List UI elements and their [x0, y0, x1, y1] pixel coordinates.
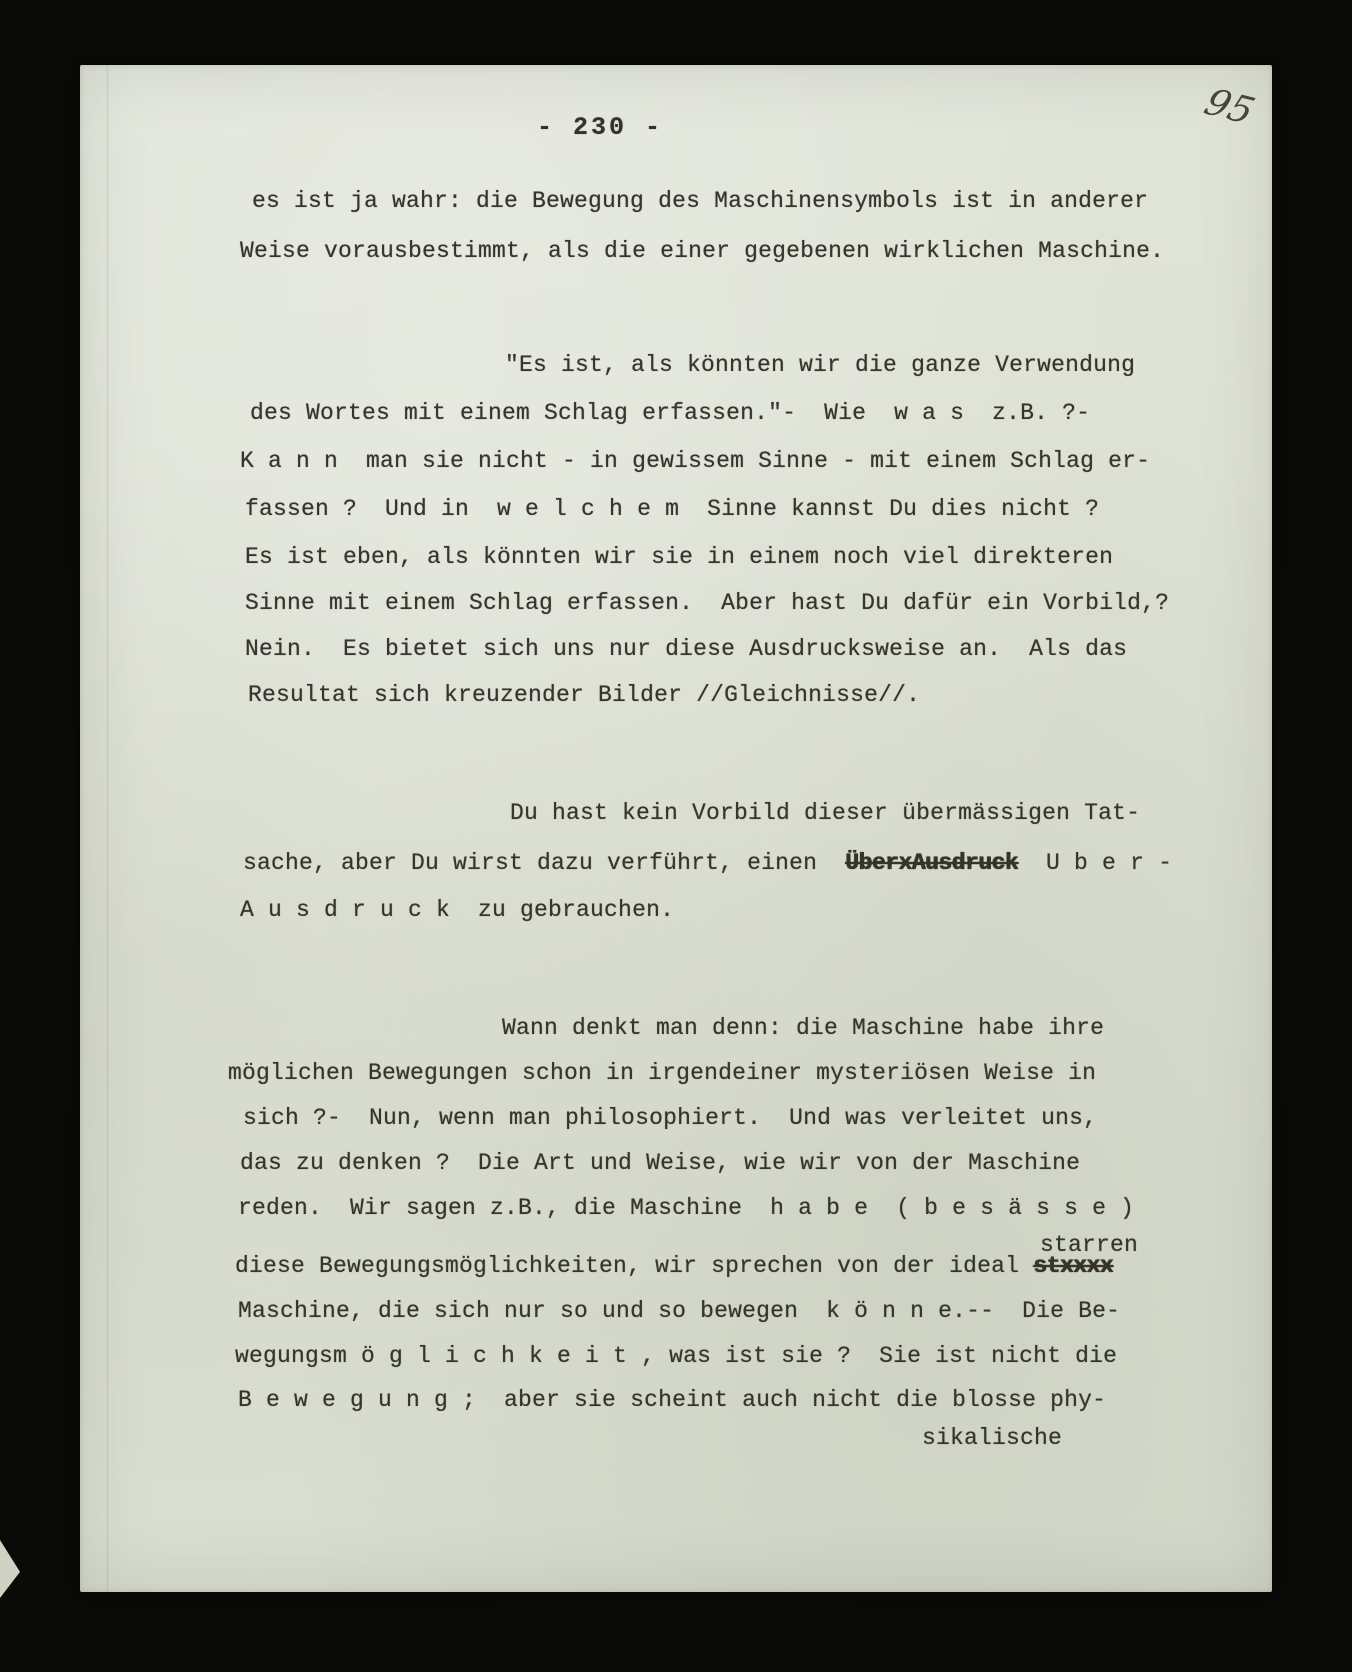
text-line: Es ist eben, als könnten wir sie in eine…	[245, 544, 1113, 570]
text-line: sache, aber Du wirst dazu verführt, eine…	[243, 850, 1172, 876]
text-line: diese Bewegungsmöglichkeiten, wir sprech…	[235, 1253, 1113, 1279]
adjacent-page-corner	[0, 1540, 20, 1598]
strikethrough-text: ÜberxAusdruck	[845, 850, 1018, 876]
text-line: "Es ist, als könnten wir die ganze Verwe…	[505, 352, 1135, 378]
text-line: Weise vorausbestimmt, als die einer gege…	[240, 238, 1164, 264]
page: - 230 - 95 es ist ja wahr: die Bewegung …	[80, 65, 1272, 1592]
text-line: Nein. Es bietet sich uns nur diese Ausdr…	[245, 636, 1127, 662]
text-line: fassen ? Und in w e l c h e m Sinne kann…	[245, 496, 1099, 522]
text-line: möglichen Bewegungen schon in irgendeine…	[228, 1060, 1096, 1086]
text-line: Resultat sich kreuzender Bilder //Gleich…	[248, 682, 920, 708]
text-line: Maschine, die sich nur so und so bewegen…	[238, 1298, 1120, 1324]
text-line: A u s d r u c k zu gebrauchen.	[240, 897, 674, 923]
text-line: das zu denken ? Die Art und Weise, wie w…	[240, 1150, 1080, 1176]
text-line: Du hast kein Vorbild dieser übermässigen…	[510, 800, 1140, 826]
strikethrough-text: stxxxx	[1033, 1253, 1113, 1279]
text-line: wegungsm ö g l i c h k e i t , was ist s…	[235, 1343, 1117, 1369]
text-line: reden. Wir sagen z.B., die Maschine h a …	[238, 1195, 1134, 1221]
scan-backdrop: - 230 - 95 es ist ja wahr: die Bewegung …	[0, 0, 1352, 1672]
paper-crease	[106, 65, 109, 1592]
text-segment: diese Bewegungsmöglichkeiten, wir sprech…	[235, 1253, 1033, 1279]
text-line: Sinne mit einem Schlag erfassen. Aber ha…	[245, 590, 1169, 616]
text-line: Wann denkt man denn: die Maschine habe i…	[502, 1015, 1104, 1041]
text-line: sikalische	[922, 1425, 1062, 1451]
text-line: des Wortes mit einem Schlag erfassen."- …	[250, 400, 1090, 426]
text-line: K a n n man sie nicht - in gewissem Sinn…	[240, 448, 1150, 474]
text-line: sich ?- Nun, wenn man philosophiert. Und…	[243, 1105, 1097, 1131]
text-segment: U b e r -	[1018, 850, 1172, 876]
typewritten-text: es ist ja wahr: die Bewegung des Maschin…	[240, 65, 1272, 1592]
text-line: es ist ja wahr: die Bewegung des Maschin…	[252, 188, 1148, 214]
text-line: B e w e g u n g ; aber sie scheint auch …	[238, 1387, 1106, 1413]
text-segment: sache, aber Du wirst dazu verführt, eine…	[243, 850, 845, 876]
